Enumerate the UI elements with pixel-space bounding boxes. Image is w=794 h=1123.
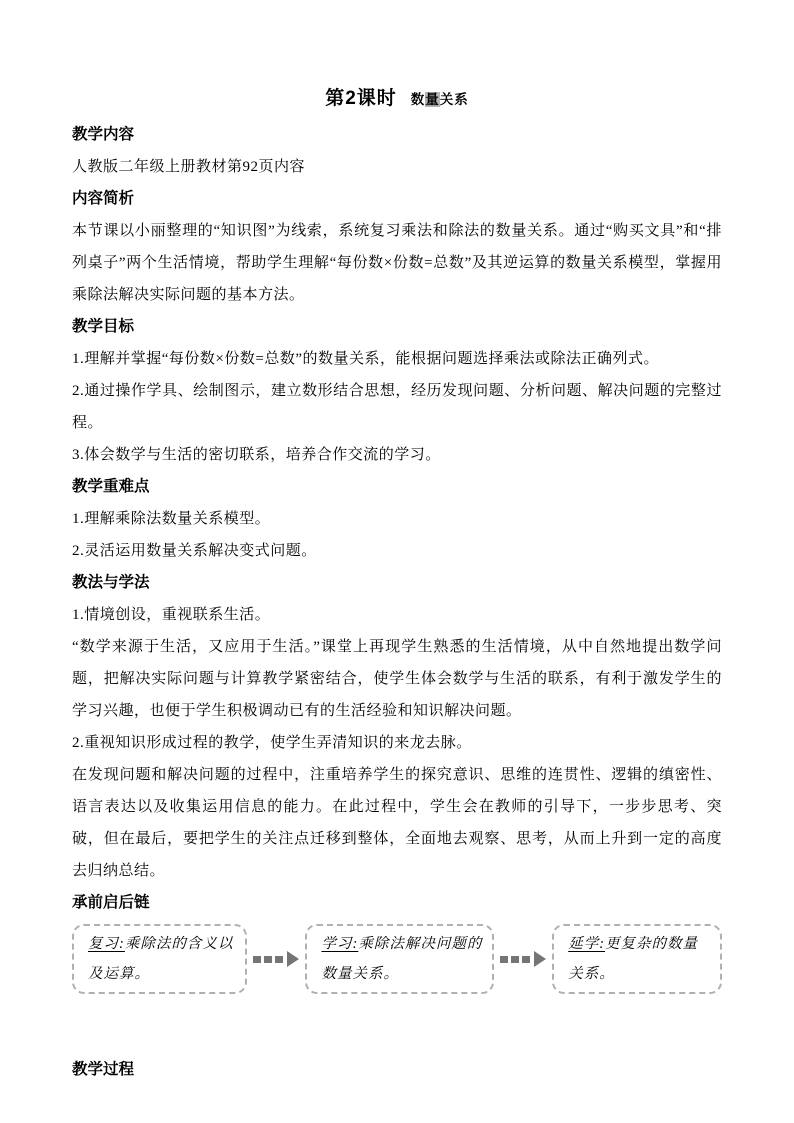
knowledge-chain: 复习:乘除法的含义以及运算。 学习:乘除法解决问题的数量关系。 延学:更复杂的数… [72,924,722,994]
subtitle-highlighted-char: 量 [425,92,440,107]
teaching-content-text: 人教版二年级上册教材第92页内容 [72,151,722,183]
heading-content-brief: 内容简析 [72,183,722,215]
heading-teaching-content: 教学内容 [72,119,722,151]
teaching-goal-item: 3.体会数学与生活的密切联系，培养合作交流的学习。 [72,439,722,471]
chain-box-extend: 延学:更复杂的数量关系。 [552,924,722,994]
teaching-goal-item: 2.通过操作学具、绘制图示，建立数形结合思想，经历发现问题、分析问题、解决问题的… [72,375,722,439]
lesson-number: 第2课时 [325,88,397,109]
methods-item: 1.情境创设，重视联系生活。 [72,599,722,631]
chain-arrow-icon [253,951,299,967]
methods-item: 2.重视知识形成过程的教学，使学生弄清知识的来龙去脉。 [72,727,722,759]
heading-methods: 教法与学法 [72,567,722,599]
key-point-item: 1.理解乘除法数量关系模型。 [72,503,722,535]
chain-box-text: 延学:更复杂的数量关系。 [568,929,712,989]
content-brief-text: 本节课以小丽整理的“知识图”为线索，系统复习乘法和除法的数量关系。通过“购买文具… [72,215,722,311]
heading-teaching-goals: 教学目标 [72,311,722,343]
page-title: 第2课时数量关系 [72,82,722,117]
chain-box-learn: 学习:乘除法解决问题的数量关系。 [305,924,494,994]
chain-box-text: 复习:乘除法的含义以及运算。 [88,929,237,989]
subtitle-pre: 数 [411,92,426,107]
heading-teaching-process: 教学过程 [72,1054,722,1086]
methods-item: 在发现问题和解决问题的过程中，注重培养学生的探究意识、思维的连贯性、逻辑的缜密性… [72,759,722,887]
chain-box-label: 复习: [88,936,125,952]
chain-box-label: 学习: [321,936,358,952]
subtitle-post: 关系 [440,92,469,107]
chain-arrow-icon [500,951,546,967]
teaching-goal-item: 1.理解并掌握“每份数×份数=总数”的数量关系，能根据问题选择乘法或除法正确列式… [72,343,722,375]
document-page: 第2课时数量关系 教学内容 人教版二年级上册教材第92页内容 内容简析 本节课以… [0,0,794,1086]
chain-box-text: 学习:乘除法解决问题的数量关系。 [321,929,484,989]
methods-item: “数学来源于生活，又应用于生活。”课堂上再现学生熟悉的生活情境，从中自然地提出数… [72,631,722,727]
heading-key-difficult-points: 教学重难点 [72,471,722,503]
key-point-item: 2.灵活运用数量关系解决变式问题。 [72,535,722,567]
chain-box-review: 复习:乘除法的含义以及运算。 [72,924,247,994]
lesson-subtitle: 数量关系 [411,92,469,107]
chain-box-label: 延学: [568,936,605,952]
heading-chain: 承前启后链 [72,887,722,919]
